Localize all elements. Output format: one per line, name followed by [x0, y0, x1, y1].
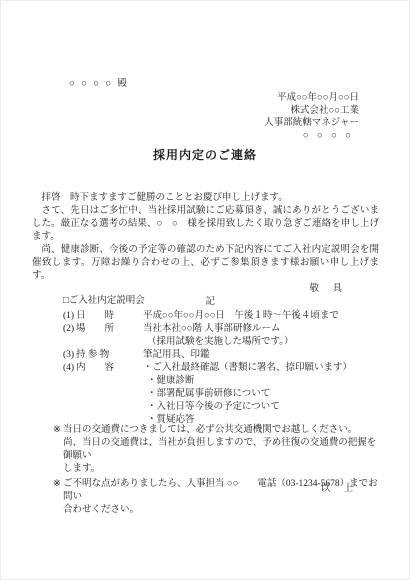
detail-row-datetime: (1) 日 時 平成○○年○○月○○日 午後１時～午後４頃まで	[63, 310, 391, 323]
item-label: 内 容	[76, 362, 125, 375]
detail-row-agenda: (4) 内 容 ・ご入社最終確認（書類に署名、捺印願います）	[63, 362, 391, 375]
note-text: 尚、当日の交通費は、当社が負担しますので、予め往復の交通費の把握を御願い	[53, 437, 383, 463]
item-value: 平成○○年○○月○○日 午後１時～午後４頃まで	[143, 310, 391, 323]
item-number: (1)	[63, 310, 76, 323]
item-value: 筆記用具、印鑑	[143, 349, 391, 362]
note-text: 合わせください。	[53, 504, 383, 517]
offer-letter-document: ○ ○ ○ ○ 殿 平成○○年○○月○○日 株式会社○○工業 人事部統轄マネジャ…	[0, 0, 410, 580]
letter-body: 拝啓 時下ますますご健勝のこととお慶び申し上げます。 さて、先日はご多忙中、当社…	[32, 192, 379, 309]
company-name: 株式会社○○工業	[264, 105, 359, 118]
footer-ijou: 以 上	[320, 483, 355, 496]
body-paragraph-1: さて、先日はご多忙中、当社採用試験にご応募頂き、誠にありがとうございました。厳正…	[32, 205, 379, 244]
addressee: ○ ○ ○ ○ 殿	[69, 78, 129, 91]
notes-section: ※ 当日の交通費につきましては、必ず公共交通機関でお越しください。 尚、当日の交…	[53, 424, 383, 517]
meeting-details: □ご入社内定説明会 (1) 日 時 平成○○年○○月○○日 午後１時～午後４頃ま…	[63, 295, 391, 427]
agenda-bullet: ・健康診断	[63, 375, 391, 388]
kome-marker: ※	[53, 424, 63, 437]
body-paragraph-2: 尚、健康診断、今後の予定等の確認のため下記内容にてご入社内定説明会を開催致します…	[32, 244, 379, 283]
kome-marker: ※	[53, 478, 63, 504]
sender-title: 人事部統轄マネジャー	[264, 117, 359, 130]
note-text: します。	[53, 463, 383, 476]
document-title: 採用内定のご連絡	[1, 149, 409, 162]
details-heading: □ご入社内定説明会	[63, 295, 391, 308]
agenda-bullet: ・ご入社最終確認（書類に署名、捺印願います）	[143, 362, 391, 375]
item-number: (4)	[63, 362, 76, 375]
detail-row-belongings: (3) 持 参 物 筆記用具、印鑑	[63, 349, 391, 362]
item-number: (2)	[63, 323, 76, 336]
date: 平成○○年○○月○○日	[264, 92, 359, 105]
sender-name: ○ ○ ○ ○	[264, 130, 359, 143]
agenda-bullet: ・入社日等今後の予定について	[63, 401, 391, 414]
details-list: (1) 日 時 平成○○年○○月○○日 午後１時～午後４頃まで (2) 場 所 …	[63, 310, 391, 427]
item-label: 場 所	[76, 323, 125, 336]
note-line: ※ 当日の交通費につきましては、必ず公共交通機関でお越しください。	[53, 424, 383, 437]
agenda-bullet: ・部署配属事前研修について	[63, 388, 391, 401]
greeting-paragraph: 拝啓 時下ますますご健勝のこととお慶び申し上げます。	[32, 192, 379, 205]
detail-place-note: （採用試験を実施した場所です。）	[63, 336, 391, 349]
sender-block: 平成○○年○○月○○日 株式会社○○工業 人事部統轄マネジャー ○ ○ ○ ○	[264, 92, 359, 142]
note-transport: ※ 当日の交通費につきましては、必ず公共交通機関でお越しください。 尚、当日の交…	[53, 424, 383, 476]
item-number: (3)	[63, 349, 76, 362]
item-label: 持 参 物	[76, 349, 125, 362]
item-label: 日 時	[76, 310, 125, 323]
detail-row-place: (2) 場 所 当社本社○○階 人事部研修ルーム	[63, 323, 391, 336]
note-text: 当日の交通費につきましては、必ず公共交通機関でお越しください。	[63, 424, 357, 437]
item-value: 当社本社○○階 人事部研修ルーム	[143, 323, 391, 336]
